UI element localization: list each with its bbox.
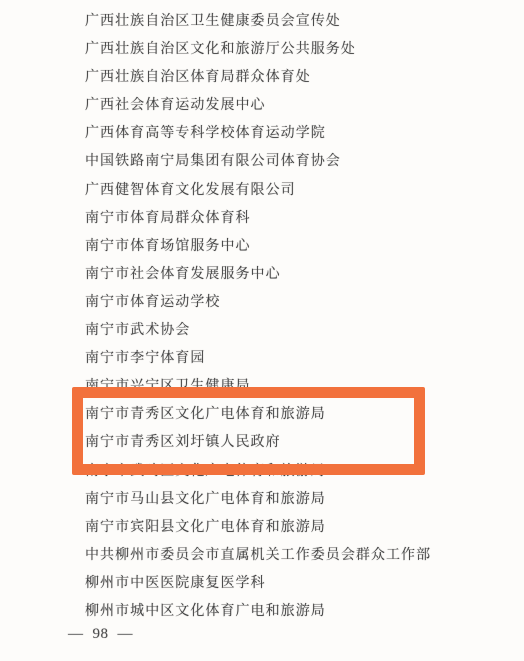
document-line: 中共柳州市委员会市直属机关工作委员会群众工作部	[85, 542, 431, 570]
document-line: 广西壮族自治区体育局群众体育处	[85, 64, 431, 92]
document-page: 广西壮族自治区卫生健康委员会宣传处 广西壮族自治区文化和旅游厅公共服务处 广西壮…	[0, 0, 524, 661]
document-line: 广西体育高等专科学校体育运动学院	[85, 120, 431, 148]
document-line: 南宁市体育局群众体育科	[85, 205, 431, 233]
document-line: 广西壮族自治区卫生健康委员会宣传处	[85, 8, 431, 36]
highlight-annotation-box	[72, 387, 425, 475]
document-line: 柳州市城中区文化体育广电和旅游局	[85, 598, 431, 626]
document-line: 中国铁路南宁局集团有限公司体育协会	[85, 148, 431, 176]
document-line: 柳州市中医医院康复医学科	[85, 570, 431, 598]
document-line: 南宁市武术协会	[85, 317, 431, 345]
page-number-footer: — 98 —	[68, 626, 133, 643]
document-line: 南宁市社会体育发展服务中心	[85, 261, 431, 289]
document-line: 南宁市体育运动学校	[85, 289, 431, 317]
footer-dash-right: —	[118, 626, 134, 643]
text-column: 广西壮族自治区卫生健康委员会宣传处 广西壮族自治区文化和旅游厅公共服务处 广西壮…	[85, 8, 431, 626]
document-line: 广西社会体育运动发展中心	[85, 92, 431, 120]
document-line: 南宁市体育场馆服务中心	[85, 233, 431, 261]
document-line: 广西健智体育文化发展有限公司	[85, 177, 431, 205]
page-number: 98	[93, 626, 109, 643]
footer-dash-left: —	[68, 626, 84, 643]
document-line: 南宁市马山县文化广电体育和旅游局	[85, 486, 431, 514]
document-line: 南宁市李宁体育园	[85, 345, 431, 373]
document-line: 南宁市宾阳县文化广电体育和旅游局	[85, 514, 431, 542]
document-line: 广西壮族自治区文化和旅游厅公共服务处	[85, 36, 431, 64]
